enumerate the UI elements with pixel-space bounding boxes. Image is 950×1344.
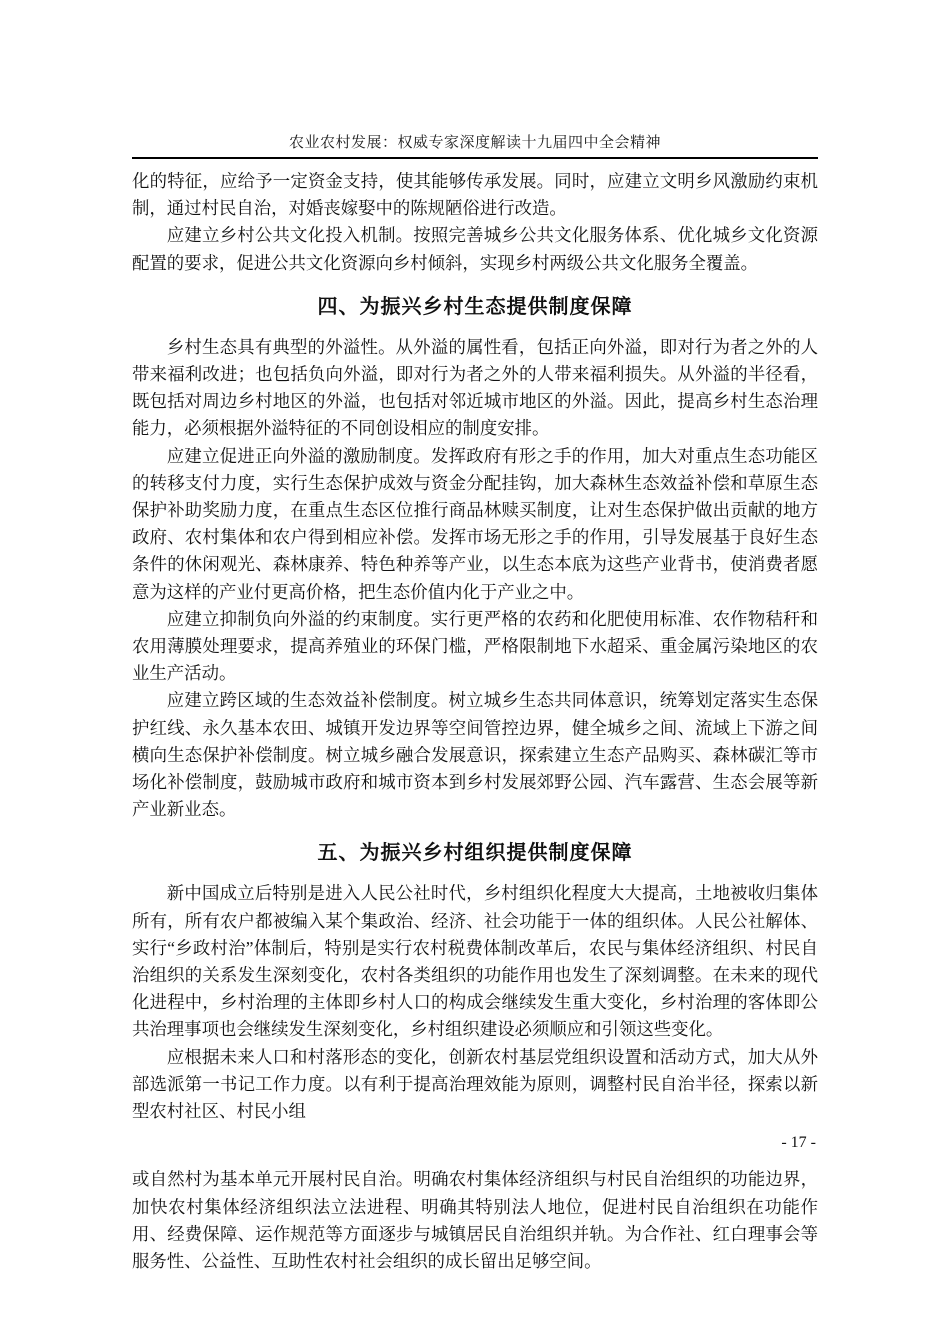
running-header-title: 农业农村发展：权威专家深度解读十九届四中全会精神 xyxy=(132,134,818,153)
section-heading-four-ecology: 四、为振兴乡村生态提供制度保障 xyxy=(132,294,818,320)
paragraph-party-organization-cut: 应根据未来人口和村落形态的变化，创新农村基层党组织设置和活动方式，加大从外部选派… xyxy=(132,1044,818,1126)
document-content: 农业农村发展：权威专家深度解读十九届四中全会精神 化的特征，应给予一定资金支持，… xyxy=(132,0,818,1275)
paragraph-positive-spillover-incentive: 应建立促进正向外溢的激励制度。发挥政府有形之手的作用，加大对重点生态功能区的转移… xyxy=(132,443,818,606)
paragraph-spillover-intro: 乡村生态具有典型的外溢性。从外溢的属性看，包括正向外溢，即对行为者之外的人带来福… xyxy=(132,334,818,443)
page-number: - 17 - xyxy=(132,1133,818,1153)
document-page: 农业农村发展：权威专家深度解读十九届四中全会精神 化的特征，应给予一定资金支持，… xyxy=(0,0,950,1344)
paragraph-public-culture: 应建立乡村公共文化投入机制。按照完善城乡公共文化服务体系、优化城乡文化资源配置的… xyxy=(132,222,818,276)
running-header: 农业农村发展：权威专家深度解读十九届四中全会精神 xyxy=(132,134,818,159)
paragraph-organization-history: 新中国成立后特别是进入人民公社时代，乡村组织化程度大大提高，土地被收归集体所有，… xyxy=(132,880,818,1043)
paragraph-cross-region-compensation: 应建立跨区域的生态效益补偿制度。树立城乡生态共同体意识，统筹划定落实生态保护红线… xyxy=(132,687,818,823)
section-heading-five-organization: 五、为振兴乡村组织提供制度保障 xyxy=(132,840,818,866)
header-divider xyxy=(132,157,818,159)
paragraph-negative-spillover-constraint: 应建立抑制负向外溢的约束制度。实行更严格的农药和化肥使用标准、农作物秸秆和农用薄… xyxy=(132,606,818,688)
paragraph-culture-continuation: 化的特征，应给予一定资金支持，使其能够传承发展。同时，应建立文明乡风激励约束机制… xyxy=(132,168,818,222)
paragraph-village-autonomy-continuation: 或自然村为基本单元开展村民自治。明确农村集体经济组织与村民自治组织的功能边界，加… xyxy=(132,1166,818,1275)
